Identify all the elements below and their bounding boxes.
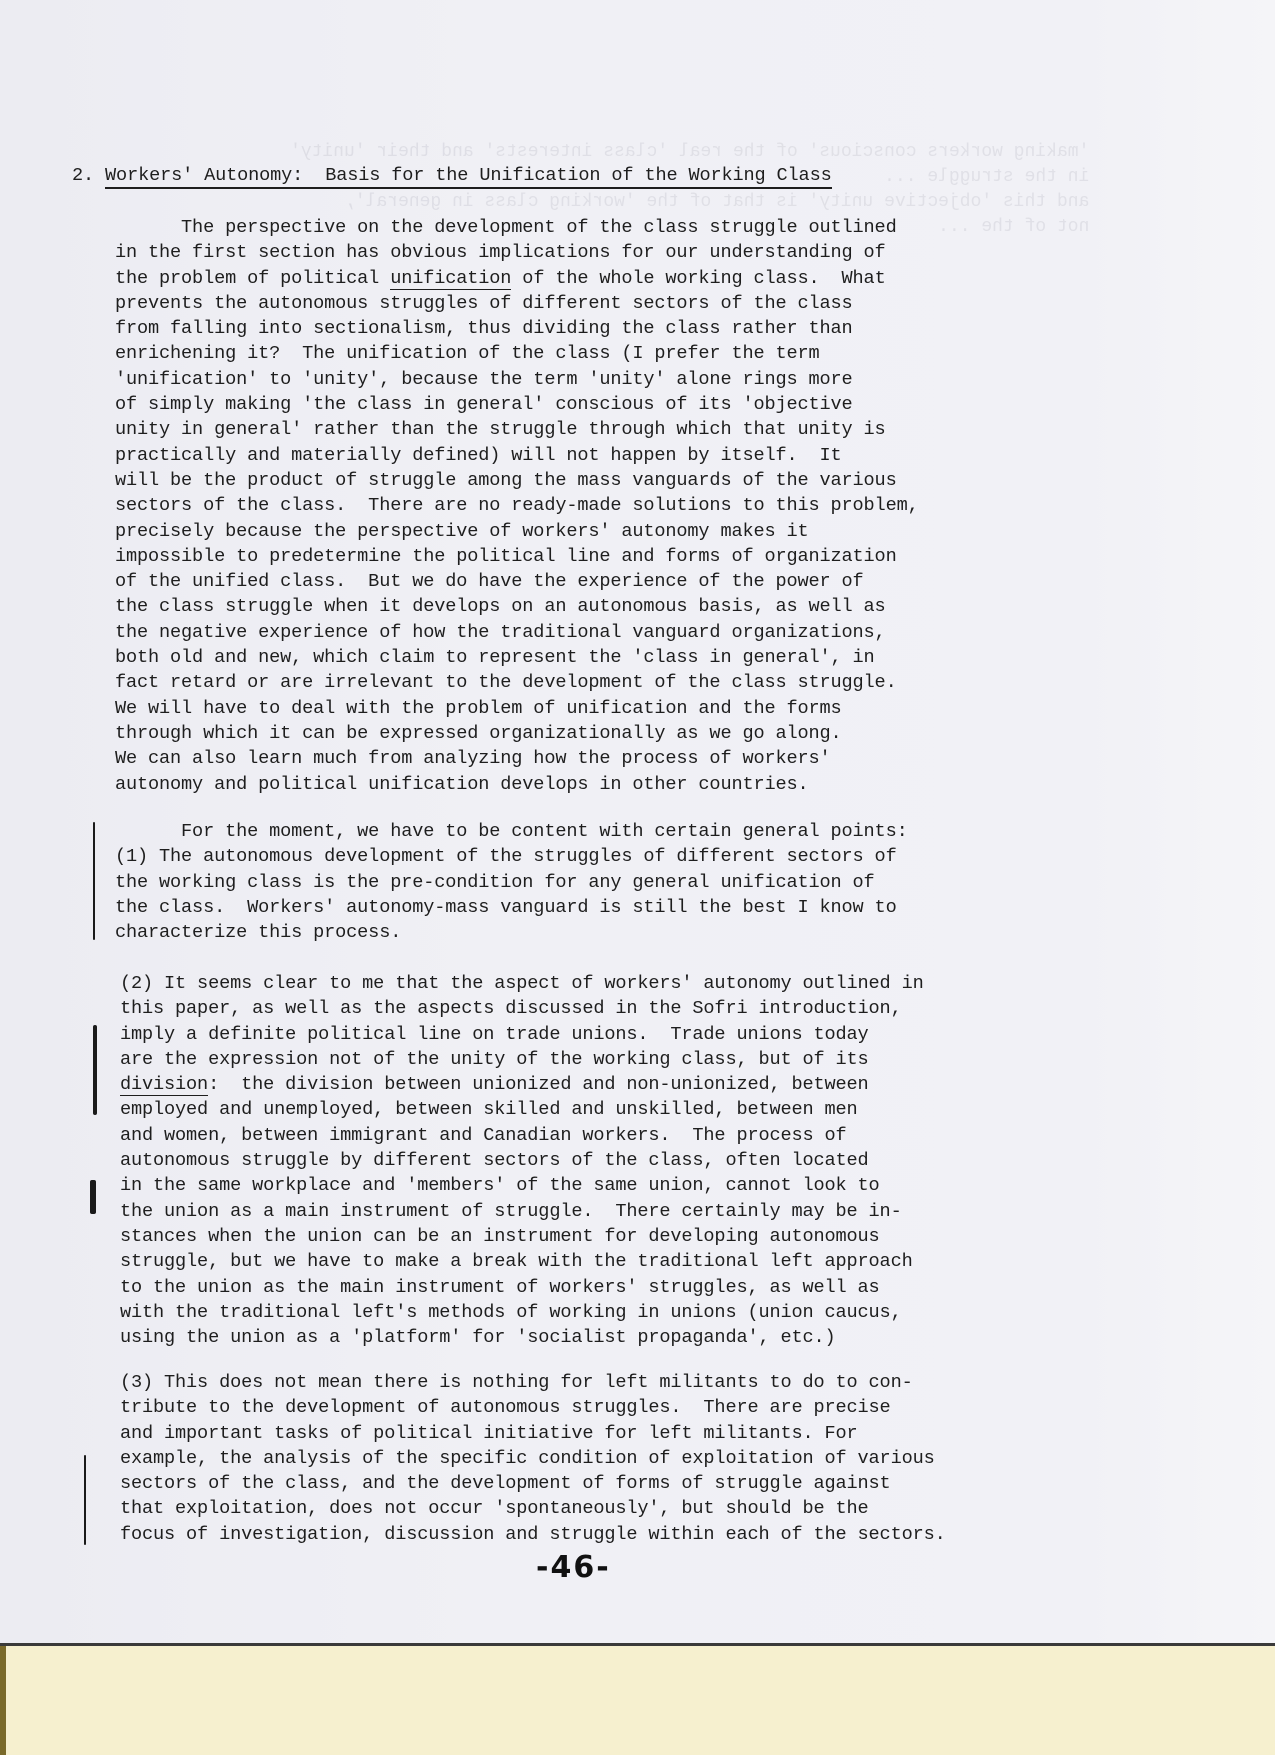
margin-mark-point-1	[93, 822, 95, 940]
text-line: the working class is the pre-condition f…	[115, 872, 875, 893]
text-line: both old and new, which claim to represe…	[115, 647, 875, 668]
text-line: tribute to the development of autonomous…	[120, 1397, 891, 1418]
text-line: the union as a main instrument of strugg…	[120, 1201, 902, 1222]
text-line: For the moment, we have to be content wi…	[115, 821, 908, 842]
text-line: precisely because the perspective of wor…	[115, 521, 809, 542]
section-title: Workers' Autonomy: Basis for the Unifica…	[105, 165, 832, 189]
paragraph-point-2: (2) It seems clear to me that the aspect…	[120, 971, 924, 1350]
text-line: using the union as a 'platform' for 'soc…	[120, 1327, 836, 1348]
text-line: practically and materially defined) will…	[115, 445, 842, 466]
text-line: fact retard or are irrelevant to the dev…	[115, 672, 897, 693]
text-line: imply a definite political line on trade…	[120, 1024, 869, 1045]
text-line: unity in general' rather than the strugg…	[115, 419, 886, 440]
underlined-word: unification	[390, 268, 511, 290]
text-line: The perspective on the development of th…	[115, 217, 897, 238]
text-line: the class. Workers' autonomy-mass vangua…	[115, 897, 897, 918]
text-line: with the traditional left's methods of w…	[120, 1302, 902, 1323]
text-line: the negative experience of how the tradi…	[115, 622, 886, 643]
section-number: 2.	[72, 165, 94, 186]
text-line: that exploitation, does not occur 'spont…	[120, 1498, 869, 1519]
paragraph-intro: The perspective on the development of th…	[115, 215, 919, 797]
paragraph-point-3: (3) This does not mean there is nothing …	[120, 1370, 946, 1547]
text-line: (1) The autonomous development of the st…	[115, 846, 897, 867]
text-line: (3) This does not mean there is nothing …	[120, 1372, 913, 1393]
section-heading: 2. Workers' Autonomy: Basis for the Unif…	[72, 163, 832, 188]
text-line: employed and unemployed, between skilled…	[120, 1099, 858, 1120]
text-line: of simply making 'the class in general' …	[115, 394, 853, 415]
text-line: the problem of political unification of …	[115, 268, 886, 290]
text-line: will be the product of struggle among th…	[115, 470, 897, 491]
text-line: this paper, as well as the aspects discu…	[120, 998, 902, 1019]
page-number: -46-	[536, 1550, 611, 1585]
text-line: sectors of the class, and the developmen…	[120, 1473, 891, 1494]
backing-sheet	[0, 1646, 1275, 1755]
text-line: of the unified class. But we do have the…	[115, 571, 864, 592]
margin-mark-point-3	[84, 1455, 86, 1545]
text-line: 'unification' to 'unity', because the te…	[115, 369, 853, 390]
text-line: autonomous struggle by different sectors…	[120, 1150, 869, 1171]
text-line: autonomy and political unification devel…	[115, 774, 809, 795]
backing-sheet-edge	[0, 1646, 6, 1755]
text-line: in the same workplace and 'members' of t…	[120, 1175, 880, 1196]
text-line: example, the analysis of the specific co…	[120, 1448, 935, 1469]
text-line: struggle, but we have to make a break wi…	[120, 1251, 913, 1272]
margin-mark-point-2	[93, 1025, 97, 1115]
text-line: stances when the union can be an instrum…	[120, 1226, 880, 1247]
text-line: from falling into sectionalism, thus div…	[115, 318, 853, 339]
paragraph-point-1: For the moment, we have to be content wi…	[115, 819, 908, 945]
text-line: enrichening it? The unification of the c…	[115, 343, 820, 364]
text-line: to the union as the main instrument of w…	[120, 1277, 880, 1298]
text-line: characterize this process.	[115, 922, 401, 943]
text-line: and women, between immigrant and Canadia…	[120, 1125, 847, 1146]
text-line: prevents the autonomous struggles of dif…	[115, 293, 853, 314]
text-line: the class struggle when it develops on a…	[115, 596, 886, 617]
text-line: and important tasks of political initiat…	[120, 1423, 858, 1444]
text-line: (2) It seems clear to me that the aspect…	[120, 973, 924, 994]
margin-mark-point-2b	[90, 1180, 96, 1214]
text-line: in the first section has obvious implica…	[115, 242, 886, 263]
text-line: focus of investigation, discussion and s…	[120, 1524, 946, 1545]
text-line: impossible to predetermine the political…	[115, 546, 897, 567]
text-line: through which it can be expressed organi…	[115, 723, 842, 744]
text-line: We will have to deal with the problem of…	[115, 698, 842, 719]
text-line: We can also learn much from analyzing ho…	[115, 748, 831, 769]
text-line: sectors of the class. There are no ready…	[115, 495, 919, 516]
text-line: division: the division between unionized…	[120, 1074, 869, 1096]
text-line: are the expression not of the unity of t…	[120, 1049, 869, 1070]
underlined-word: division	[120, 1074, 208, 1096]
